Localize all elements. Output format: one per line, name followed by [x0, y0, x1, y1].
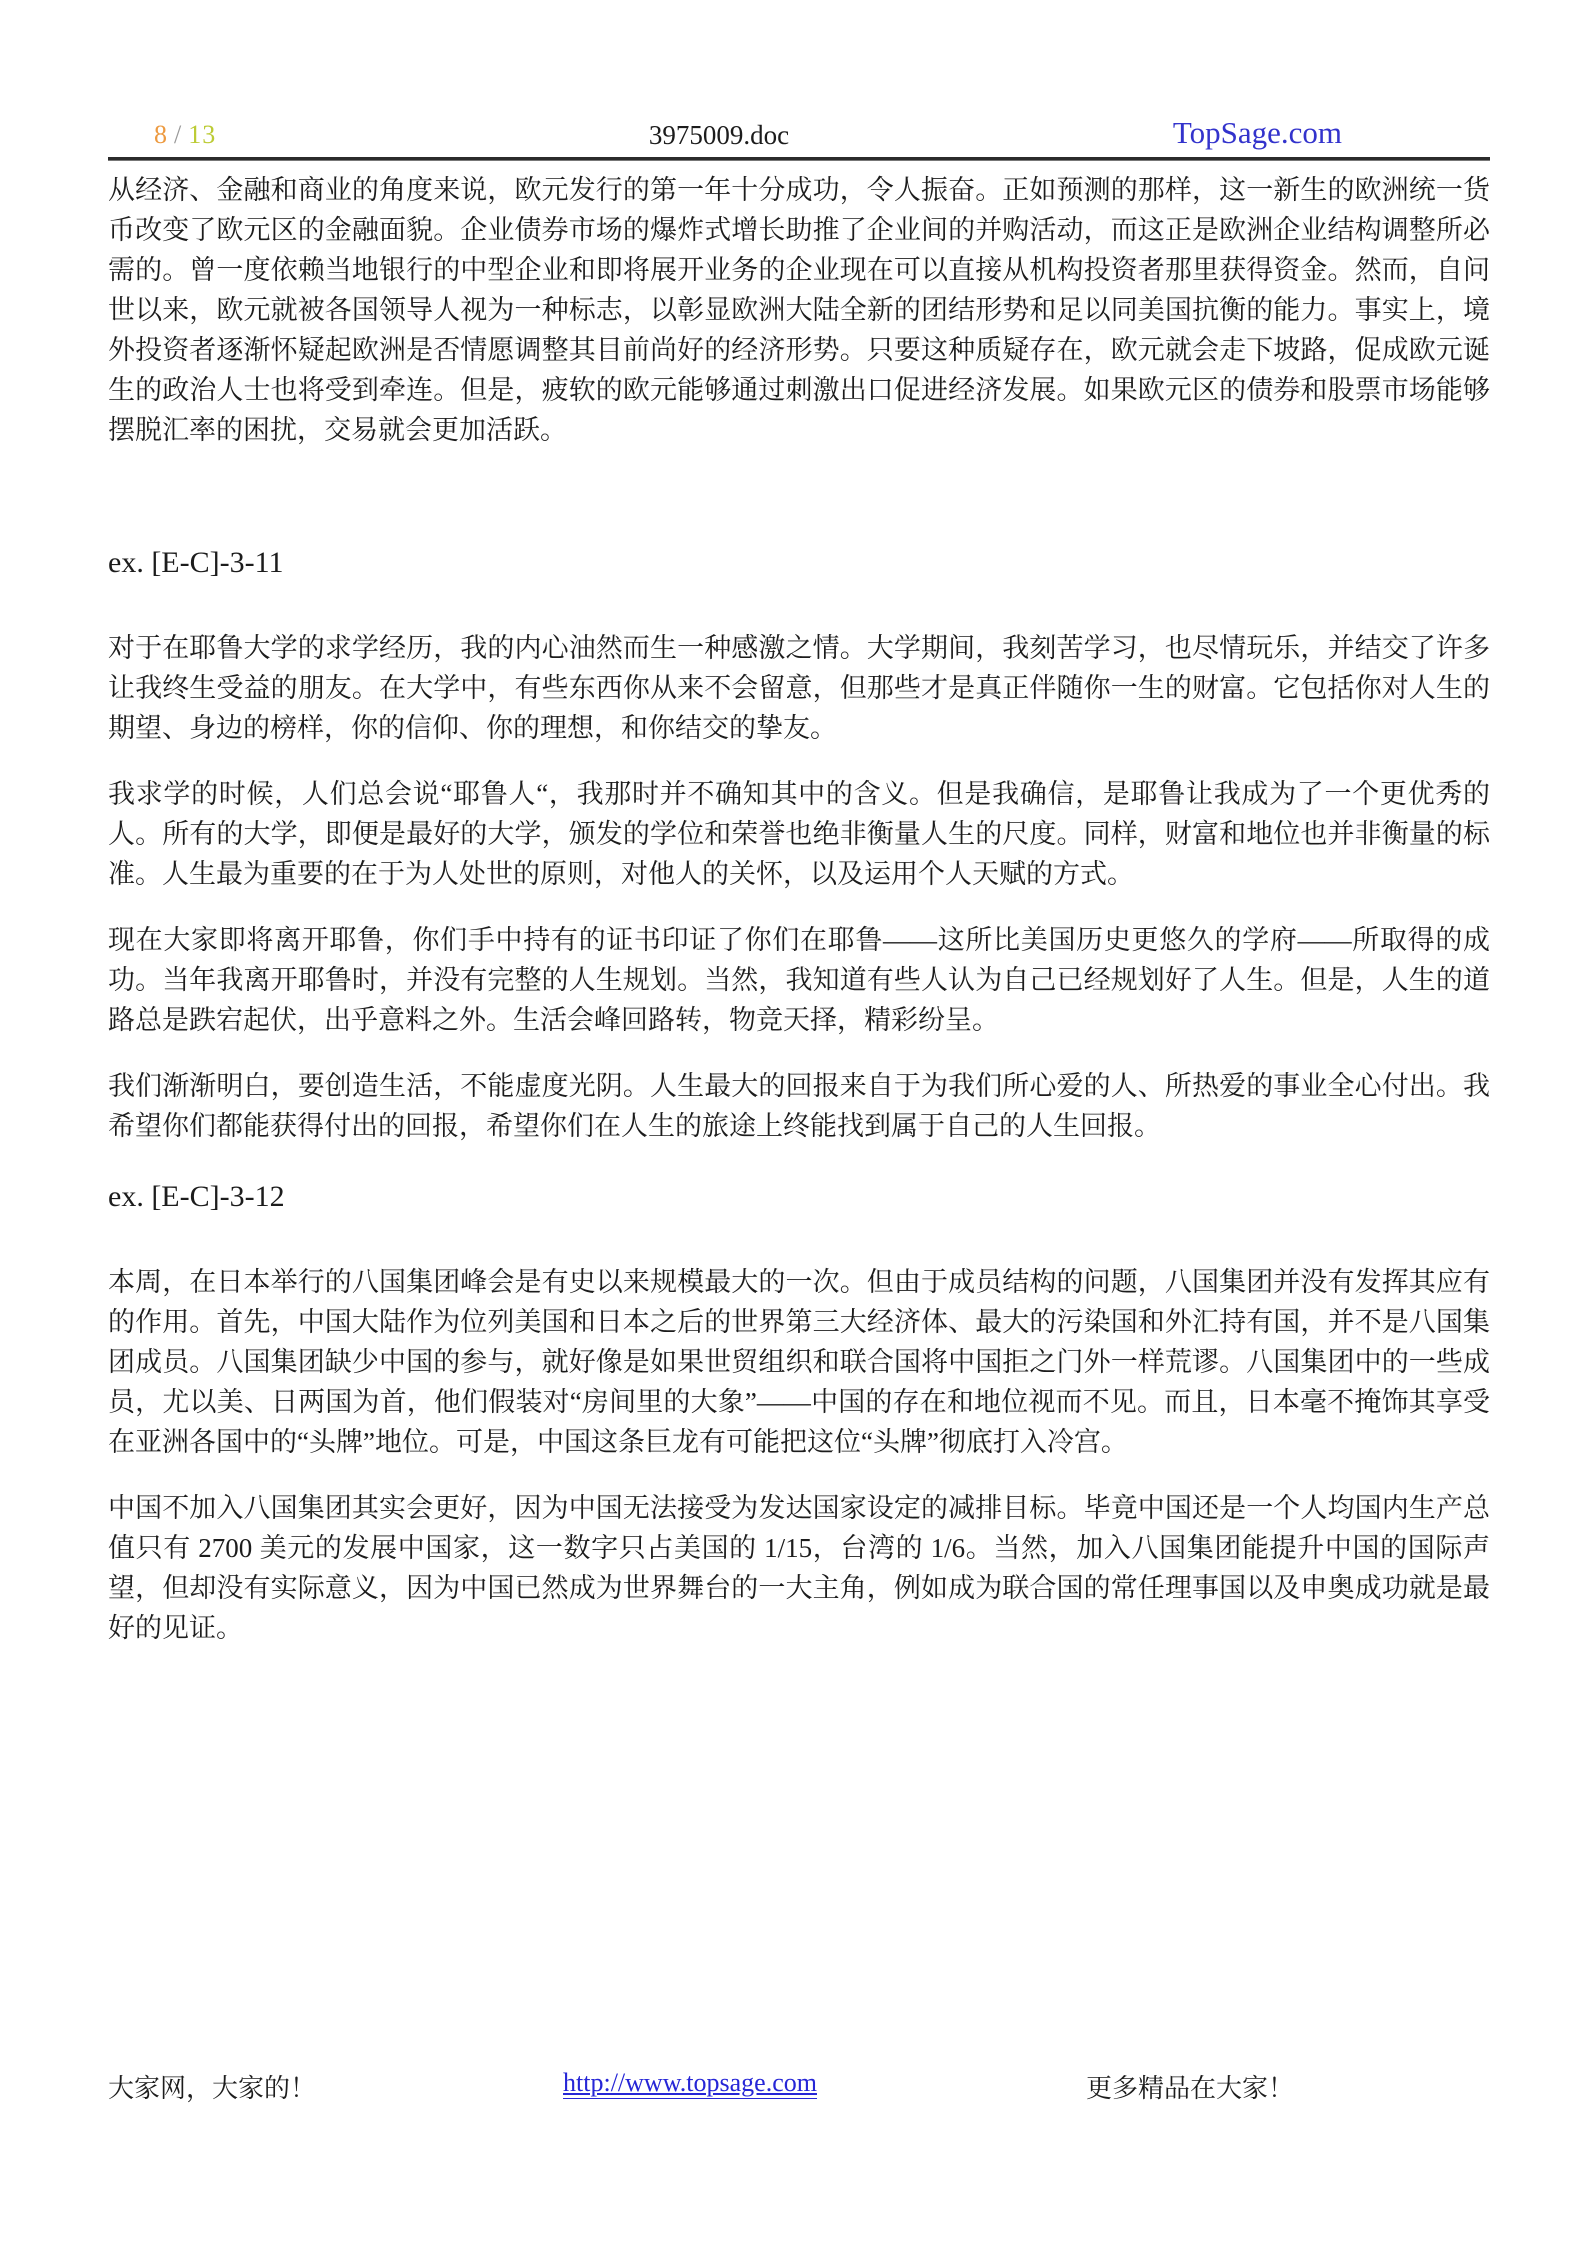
section-heading-ec-3-12: ex. [E-C]-3-12	[108, 1180, 1490, 1214]
paragraph-yale-leaving: 现在大家即将离开耶鲁，你们手中持有的证书印证了你们在耶鲁——这所比美国历史更悠久…	[108, 920, 1490, 1040]
paragraph-g8-summit: 本周，在日本举行的八国集团峰会是有史以来规模最大的一次。但由于成员结构的问题，八…	[108, 1262, 1490, 1462]
document-filename: 3975009.doc	[649, 120, 789, 151]
paragraph-euro: 从经济、金融和商业的角度来说，欧元发行的第一年十分成功，令人振奋。正如预测的那样…	[108, 170, 1490, 450]
section-heading-ec-3-11: ex. [E-C]-3-11	[108, 546, 1490, 580]
page-number-separator: /	[174, 120, 182, 149]
page-number-current: 8	[154, 120, 168, 149]
paragraph-yale-gratitude: 对于在耶鲁大学的求学经历，我的内心油然而生一种感激之情。大学期间，我刻苦学习，也…	[108, 628, 1490, 748]
paragraph-yale-person: 我求学的时候，人们总会说“耶鲁人“，我那时并不确知其中的含义。但是我确信，是耶鲁…	[108, 774, 1490, 894]
footer-right-text: 更多精品在大家！	[1086, 2068, 1294, 2105]
site-brand-link[interactable]: TopSage.com	[1173, 115, 1342, 151]
document-page: 8/13 3975009.doc TopSage.com 从经济、金融和商业的角…	[0, 0, 1594, 2252]
page-header: 8/13 3975009.doc TopSage.com	[108, 118, 1490, 152]
footer-site-link[interactable]: http://www.topsage.com	[563, 2068, 817, 2099]
footer-left-text: 大家网，大家的！	[108, 2068, 316, 2105]
page-number-total: 13	[188, 120, 216, 149]
paragraph-yale-reward: 我们渐渐明白，要创造生活，不能虚度光阴。人生最大的回报来自于为我们所心爱的人、所…	[108, 1066, 1490, 1146]
page-indicator: 8/13	[154, 120, 216, 150]
page-footer: 大家网，大家的！ http://www.topsage.com 更多精品在大家！	[108, 2068, 1490, 2108]
paragraph-g8-china: 中国不加入八国集团其实会更好，因为中国无法接受为发达国家设定的减排目标。毕竟中国…	[108, 1488, 1490, 1648]
header-divider	[108, 157, 1490, 161]
